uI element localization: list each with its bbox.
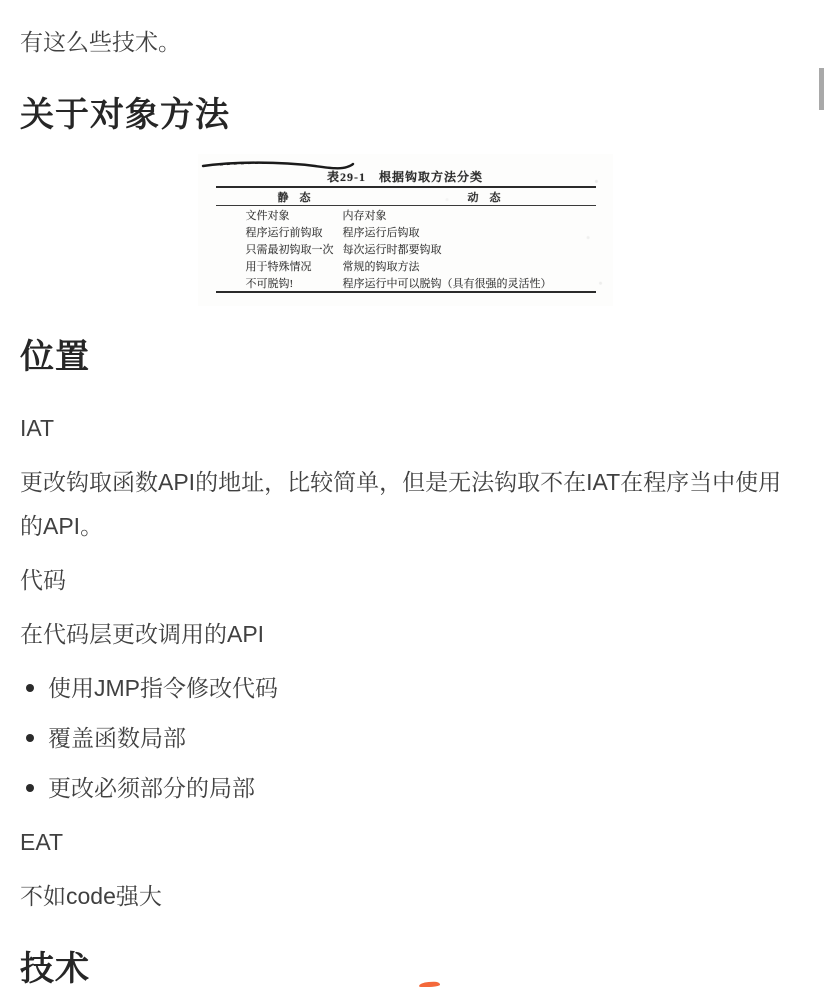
code-label: 代码	[20, 558, 790, 602]
heading-about-object-method: 关于对象方法	[20, 94, 790, 136]
iat-label: IAT	[20, 406, 790, 450]
list-item: 使用JMP指令修改代码	[20, 666, 790, 710]
table-cell: 常规的钩取方法	[343, 258, 596, 274]
scan-table: 静 态 动 态 文件对象 内存对象 程序运行前钩取 程序运行后钩取 只需最初钩取…	[216, 186, 596, 293]
table-row: 程序运行前钩取 程序运行后钩取	[216, 223, 596, 240]
bullet-icon	[26, 684, 34, 692]
table-cell: 用于特殊情况	[216, 258, 343, 274]
intro-paragraph: 有这么些技术。	[20, 20, 790, 64]
table-cell: 内存对象	[343, 207, 596, 223]
table-cell: 程序运行中可以脱钩（具有很强的灵活性）	[343, 275, 596, 291]
list-item: 覆盖函数局部	[20, 716, 790, 760]
list-item-label: 覆盖函数局部	[48, 725, 186, 751]
scan-table-caption: 表29-1 根据钩取方法分类	[198, 168, 613, 185]
partial-image-top-edge	[419, 981, 440, 987]
table-cell: 文件对象	[216, 207, 343, 223]
scanned-table-image: 表29-1 根据钩取方法分类 静 态 动 态 文件对象 内存对象 程序运行前钩取…	[198, 154, 613, 306]
document-page: 有这么些技术。 关于对象方法 表29-1 根据钩取方法分类 静 态 动 态 文件…	[0, 0, 824, 987]
table-cell: 程序运行后钩取	[343, 224, 596, 240]
table-row: 用于特殊情况 常规的钩取方法	[216, 257, 596, 274]
list-item: 更改必须部分的局部	[20, 766, 790, 810]
table-cell: 只需最初钩取一次	[216, 241, 343, 257]
list-item-label: 使用JMP指令修改代码	[48, 675, 278, 701]
bullet-icon	[26, 784, 34, 792]
bullet-icon	[26, 734, 34, 742]
code-method-list: 使用JMP指令修改代码 覆盖函数局部 更改必须部分的局部	[20, 666, 790, 810]
article-content: 有这么些技术。 关于对象方法 表29-1 根据钩取方法分类 静 态 动 态 文件…	[0, 0, 824, 987]
code-description: 在代码层更改调用的API	[20, 612, 790, 656]
table-cell: 每次运行时都要钩取	[343, 241, 596, 257]
scrollbar-thumb[interactable]	[819, 68, 824, 110]
table-row: 不可脱钩! 程序运行中可以脱钩（具有很强的灵活性）	[216, 274, 596, 291]
scan-table-header-row: 静 态 动 态	[216, 188, 596, 206]
eat-description: 不如code强大	[20, 874, 790, 918]
table-row: 文件对象 内存对象	[216, 206, 596, 223]
heading-location: 位置	[20, 336, 790, 378]
iat-description: 更改钩取函数API的地址，比较简单，但是无法钩取不在IAT在程序当中使用的API…	[20, 460, 790, 548]
table-cell: 不可脱钩!	[216, 275, 343, 291]
scan-table-header-dynamic: 动 态	[373, 189, 596, 205]
scan-table-header-static: 静 态	[216, 189, 373, 205]
heading-technique: 技术	[20, 948, 790, 987]
table-row: 只需最初钩取一次 每次运行时都要钩取	[216, 240, 596, 257]
table-cell: 程序运行前钩取	[216, 224, 343, 240]
eat-label: EAT	[20, 820, 790, 864]
list-item-label: 更改必须部分的局部	[48, 775, 255, 801]
